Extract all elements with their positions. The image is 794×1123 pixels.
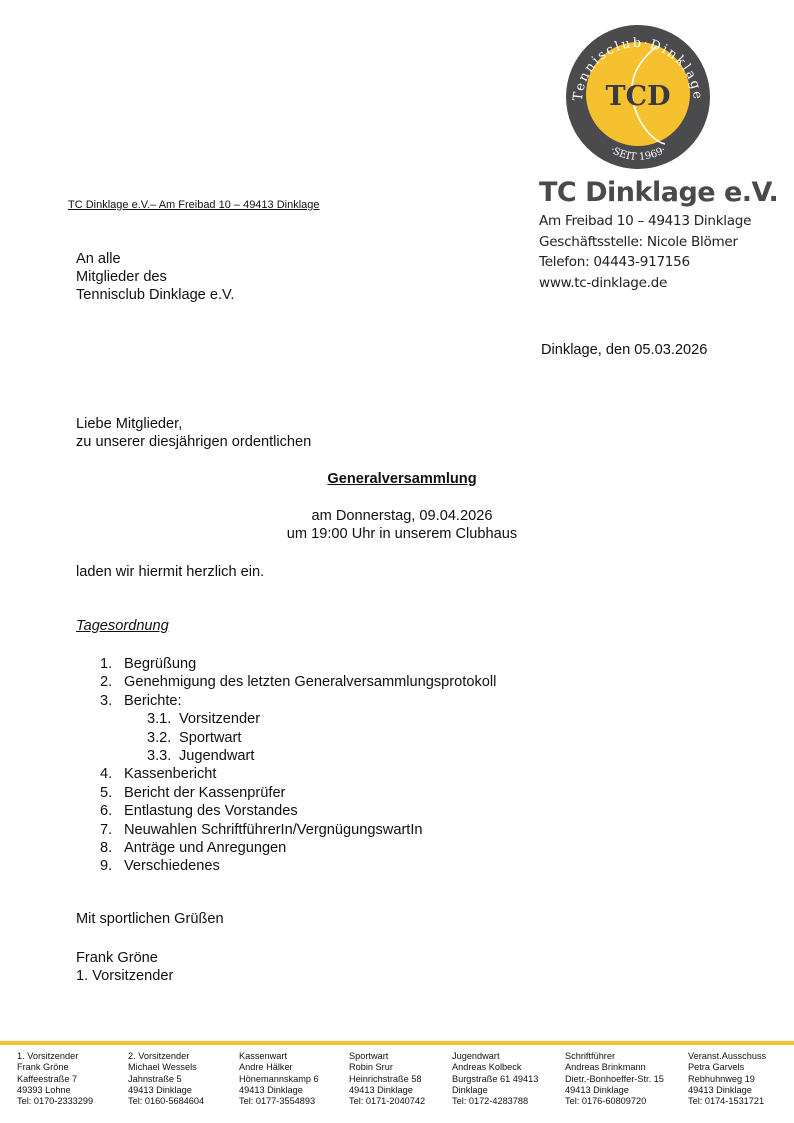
agenda-item: 3.1.Vorsitzender <box>100 710 496 728</box>
signer-role: 1. Vorsitzender <box>76 967 173 985</box>
closing: Mit sportlichen Grüßen <box>76 911 224 927</box>
agenda-item: 9.Verschiedenes <box>100 857 496 875</box>
footer-name: Michael Wessels <box>128 1062 204 1073</box>
footer-name: Frank Gröne <box>17 1062 93 1073</box>
agenda-item-text: Entlastung des Vorstandes <box>124 802 298 820</box>
footer-column: Veranst.AusschussPetra GarvelsRebhuhnweg… <box>688 1051 766 1107</box>
agenda-item-text: Kassenbericht <box>124 765 216 783</box>
agenda-item-number: 3. <box>100 692 124 710</box>
footer-role: Kassenwart <box>239 1051 319 1062</box>
footer-tel: Tel: 0160-5684604 <box>128 1096 204 1107</box>
agenda-item: 8.Anträge und Anregungen <box>100 839 496 857</box>
footer-tel: Tel: 0174-1531721 <box>688 1096 766 1107</box>
footer-city: 49413 Dinklage <box>349 1085 425 1096</box>
event-date: am Donnerstag, 09.04.2026 <box>0 507 794 525</box>
agenda-item-number: 4. <box>100 765 124 783</box>
footer-tel: Tel: 0171-2040742 <box>349 1096 425 1107</box>
agenda-item: 2.Genehmigung des letzten Generalversamm… <box>100 673 496 691</box>
footer-role: Veranst.Ausschuss <box>688 1051 766 1062</box>
signature-block: Frank Gröne 1. Vorsitzender <box>76 949 173 986</box>
logo-monogram: TCD <box>606 81 671 112</box>
agenda-item: 3.2.Sportwart <box>100 729 496 747</box>
footer-street: Heinrichstraße 58 <box>349 1074 425 1085</box>
footer-column: KassenwartAndre HälkerHönemannskamp 6494… <box>239 1051 319 1107</box>
footer-column: JugendwartAndreas KolbeckBurgstraße 61 4… <box>452 1051 538 1107</box>
recipient-line: An alle <box>76 250 234 268</box>
agenda-item: 7.Neuwahlen SchriftführerIn/Vergnügungsw… <box>100 821 496 839</box>
footer-name: Andreas Kolbeck <box>452 1062 538 1073</box>
footer-name: Robin Srur <box>349 1062 425 1073</box>
recipient-line: Mitglieder des <box>76 268 234 286</box>
agenda-item: 4.Kassenbericht <box>100 765 496 783</box>
event-details: am Donnerstag, 09.04.2026 um 19:00 Uhr i… <box>0 507 794 543</box>
agenda-item-number: 7. <box>100 821 124 839</box>
club-name: TC Dinklage e.V. <box>539 177 778 208</box>
date-line: Dinklage, den 05.03.2026 <box>541 342 707 358</box>
agenda-item-number: 9. <box>100 857 124 875</box>
agenda-item-text: Jugendwart <box>179 747 254 765</box>
agenda-list: 1.Begrüßung2.Genehmigung des letzten Gen… <box>100 655 496 876</box>
footer-city: Dinklage <box>452 1085 538 1096</box>
invite-text: laden wir hiermit herzlich ein. <box>76 564 264 580</box>
agenda-item-text: Anträge und Anregungen <box>124 839 286 857</box>
recipient-block: An alle Mitglieder des Tennisclub Dinkla… <box>76 250 234 304</box>
footer-city: 49413 Dinklage <box>565 1085 664 1096</box>
footer-role: Jugendwart <box>452 1051 538 1062</box>
footer-column: 1. VorsitzenderFrank GröneKaffeestraße 7… <box>17 1051 93 1107</box>
footer-column: SchriftführerAndreas BrinkmannDietr.-Bon… <box>565 1051 664 1107</box>
club-website[interactable]: www.tc-dinklage.de <box>539 273 751 294</box>
footer-column: 2. VorsitzenderMichael WesselsJahnstraße… <box>128 1051 204 1107</box>
footer-tel: Tel: 0172-4283788 <box>452 1096 538 1107</box>
footer-street: Jahnstraße 5 <box>128 1074 204 1085</box>
greeting-line: Liebe Mitglieder, <box>76 415 311 433</box>
agenda-item-text: Berichte: <box>124 692 182 710</box>
agenda-item: 3.3.Jugendwart <box>100 747 496 765</box>
agenda-item-text: Vorsitzender <box>179 710 260 728</box>
footer-role: 2. Vorsitzender <box>128 1051 204 1062</box>
footer-city: 49393 Lohne <box>17 1085 93 1096</box>
event-time-place: um 19:00 Uhr in unserem Clubhaus <box>0 525 794 543</box>
footer-street: Rebhuhnweg 19 <box>688 1074 766 1085</box>
agenda-item-number: 2. <box>100 673 124 691</box>
agenda-item-number: 3.2. <box>147 729 179 747</box>
footer-city: 49413 Dinklage <box>128 1085 204 1096</box>
agenda-title: Tagesordnung <box>76 618 169 634</box>
club-contact: Am Freibad 10 – 49413 Dinklage Geschäfts… <box>539 211 751 293</box>
footer-divider <box>0 1041 794 1045</box>
club-address: Am Freibad 10 – 49413 Dinklage <box>539 211 751 232</box>
agenda-item-text: Genehmigung des letzten Generalversammlu… <box>124 673 496 691</box>
greeting: Liebe Mitglieder, zu unserer diesjährige… <box>76 415 311 451</box>
agenda-item-number: 5. <box>100 784 124 802</box>
footer-tel: Tel: 0177-3554893 <box>239 1096 319 1107</box>
agenda-item-text: Neuwahlen SchriftführerIn/Vergnügungswar… <box>124 821 423 839</box>
agenda-item-text: Sportwart <box>179 729 241 747</box>
footer-name: Andre Hälker <box>239 1062 319 1073</box>
footer-street: Hönemannskamp 6 <box>239 1074 319 1085</box>
footer-city: 49413 Dinklage <box>688 1085 766 1096</box>
footer-street: Kaffeestraße 7 <box>17 1074 93 1085</box>
agenda-item-number: 1. <box>100 655 124 673</box>
footer-tel: Tel: 0176-60809720 <box>565 1096 664 1107</box>
footer-name: Petra Garvels <box>688 1062 766 1073</box>
footer-city: 49413 Dinklage <box>239 1085 319 1096</box>
agenda-item-number: 3.1. <box>147 710 179 728</box>
sender-line: TC Dinklage e.V.– Am Freibad 10 – 49413 … <box>68 199 320 211</box>
club-logo: ·Tennisclub·Dinklage· ·SEIT 1969· TCD <box>565 24 711 170</box>
agenda-item: 6.Entlastung des Vorstandes <box>100 802 496 820</box>
footer-role: Sportwart <box>349 1051 425 1062</box>
signer-name: Frank Gröne <box>76 949 173 967</box>
agenda-item-number: 6. <box>100 802 124 820</box>
agenda-item-number: 8. <box>100 839 124 857</box>
footer-tel: Tel: 0170-2333299 <box>17 1096 93 1107</box>
event-title: Generalversammlung <box>0 471 794 487</box>
footer-role: Schriftführer <box>565 1051 664 1062</box>
agenda-item-number: 3.3. <box>147 747 179 765</box>
footer-street: Dietr.-Bonhoeffer-Str. 15 <box>565 1074 664 1085</box>
agenda-item-text: Bericht der Kassenprüfer <box>124 784 285 802</box>
footer-role: 1. Vorsitzender <box>17 1051 93 1062</box>
footer-name: Andreas Brinkmann <box>565 1062 664 1073</box>
agenda-item-text: Begrüßung <box>124 655 196 673</box>
club-office: Geschäftsstelle: Nicole Blömer <box>539 232 751 253</box>
agenda-item-text: Verschiedenes <box>124 857 220 875</box>
recipient-line: Tennisclub Dinklage e.V. <box>76 286 234 304</box>
footer-street: Burgstraße 61 49413 <box>452 1074 538 1085</box>
greeting-line: zu unserer diesjährigen ordentlichen <box>76 433 311 451</box>
agenda-item: 5.Bericht der Kassenprüfer <box>100 784 496 802</box>
agenda-item: 1.Begrüßung <box>100 655 496 673</box>
agenda-item: 3.Berichte: <box>100 692 496 710</box>
footer-column: SportwartRobin SrurHeinrichstraße 584941… <box>349 1051 425 1107</box>
club-phone: Telefon: 04443-917156 <box>539 252 751 273</box>
